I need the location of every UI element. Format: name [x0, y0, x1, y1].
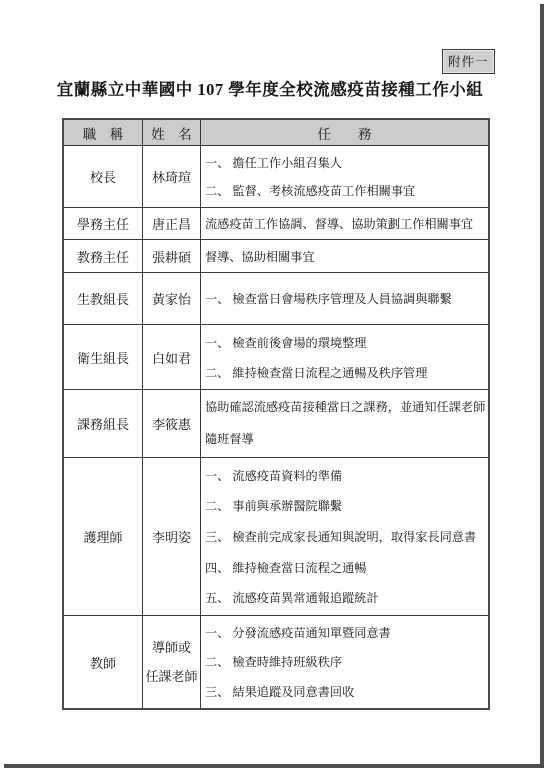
cell-role: 生教組長 [64, 273, 142, 324]
cell-name: 唐正昌 [142, 208, 200, 239]
cell-name: 林琦瑄 [142, 146, 200, 207]
task-line: 二、 維持檢查當日流程之通暢及秩序管理 [205, 364, 486, 381]
header-cell-duty: 任 務 [200, 120, 488, 145]
task-line: 三、 檢查前完成家長通知與說明，取得家長同意書 [205, 528, 486, 545]
cell-name: 張耕碩 [142, 240, 200, 272]
table-row-student-affairs-director: 學務主任 唐正昌 流感疫苗工作協調、督導、協助策劃工作相關事宜 [64, 207, 488, 239]
task-line: 一、 檢查前後會場的環境整理 [205, 334, 486, 351]
document-title: 宜蘭縣立中華國中 107 學年度全校流感疫苗接種工作小組 [0, 76, 540, 100]
cell-tasks: 協助確認流感疫苗接種當日之課務，並通知任課老師隨班督導 [200, 390, 488, 457]
table-header-row: 職 稱 姓 名 任 務 [64, 120, 488, 145]
task-line: 二、 事前與承辦醫院聯繫 [205, 497, 486, 514]
cell-role: 教師 [64, 616, 142, 708]
task-line: 一、 檢查當日會場秩序管理及人員協調與聯繫 [205, 290, 486, 307]
header-cell-role: 職 稱 [64, 120, 142, 145]
cell-name: 白如君 [142, 325, 200, 389]
duty-table: 職 稱 姓 名 任 務 校長 林琦瑄 一、 擔任工作小組召集人 二、 監督、考核… [62, 118, 490, 710]
cell-tasks: 流感疫苗工作協調、督導、協助策劃工作相關事宜 [200, 208, 488, 239]
cell-role: 課務組長 [64, 390, 142, 457]
table-row-principal: 校長 林琦瑄 一、 擔任工作小組召集人 二、 監督、考核流感疫苗工作相關事宜 [64, 145, 488, 207]
cell-name: 李明姿 [142, 458, 200, 615]
task-line: 協助確認流感疫苗接種當日之課務，並通知任課老師隨班督導 [205, 392, 486, 454]
cell-tasks: 一、 分發流感疫苗通知單暨同意書 二、 檢查時維持班級秩序 三、 結果追蹤及同意… [200, 616, 488, 708]
cell-tasks: 一、 檢查前後會場的環境整理 二、 維持檢查當日流程之通暢及秩序管理 [200, 325, 488, 389]
cell-tasks: 一、 檢查當日會場秩序管理及人員協調與聯繫 [200, 273, 488, 324]
cell-tasks: 一、 流感疫苗資料的準備 二、 事前與承辦醫院聯繫 三、 檢查前完成家長通知與說… [200, 458, 488, 615]
task-line: 一、 流感疫苗資料的準備 [205, 467, 486, 484]
task-line: 三、 結果追蹤及同意書回收 [205, 683, 486, 700]
task-line: 五、 流感疫苗異常通報追蹤統計 [205, 589, 486, 606]
cell-role: 教務主任 [64, 240, 142, 272]
task-line: 四、 維持檢查當日流程之通暢 [205, 559, 486, 576]
cell-role: 學務主任 [64, 208, 142, 239]
name-line: 任課老師 [145, 662, 197, 691]
cell-role: 護理師 [64, 458, 142, 615]
table-row-academic-affairs-director: 教務主任 張耕碩 督導、協助相關事宜 [64, 239, 488, 272]
cell-name: 李筱惠 [142, 390, 200, 457]
table-row-nurse: 護理師 李明姿 一、 流感疫苗資料的準備 二、 事前與承辦醫院聯繫 三、 檢查前… [64, 457, 488, 615]
name-line: 導師或 [152, 633, 191, 662]
task-line: 一、 分發流感疫苗通知單暨同意書 [205, 624, 486, 641]
table-row-curriculum-section-chief: 課務組長 李筱惠 協助確認流感疫苗接種當日之課務，並通知任課老師隨班督導 [64, 389, 488, 457]
task-line: 督導、協助相關事宜 [205, 248, 486, 265]
cell-tasks: 督導、協助相關事宜 [200, 240, 488, 272]
header-cell-name: 姓 名 [142, 120, 200, 145]
task-line: 二、 檢查時維持班級秩序 [205, 653, 486, 670]
task-line: 二、 監督、考核流感疫苗工作相關事宜 [205, 182, 486, 199]
cell-name: 黃家怡 [142, 273, 200, 324]
cell-name: 導師或 任課老師 [142, 616, 200, 708]
table-row-teacher: 教師 導師或 任課老師 一、 分發流感疫苗通知單暨同意書 二、 檢查時維持班級秩… [64, 615, 488, 708]
cell-role: 衛生組長 [64, 325, 142, 389]
cell-role: 校長 [64, 146, 142, 207]
cell-tasks: 一、 擔任工作小組召集人 二、 監督、考核流感疫苗工作相關事宜 [200, 146, 488, 207]
task-line: 一、 擔任工作小組召集人 [205, 154, 486, 171]
document-page: 附件一 宜蘭縣立中華國中 107 學年度全校流感疫苗接種工作小組 職 稱 姓 名… [0, 0, 540, 764]
table-row-hygiene-section-chief: 衛生組長 白如君 一、 檢查前後會場的環境整理 二、 維持檢查當日流程之通暢及秩… [64, 324, 488, 389]
task-line: 流感疫苗工作協調、督導、協助策劃工作相關事宜 [205, 215, 486, 232]
table-row-discipline-section-chief: 生教組長 黃家怡 一、 檢查當日會場秩序管理及人員協調與聯繫 [64, 272, 488, 324]
attachment-badge: 附件一 [442, 49, 495, 74]
